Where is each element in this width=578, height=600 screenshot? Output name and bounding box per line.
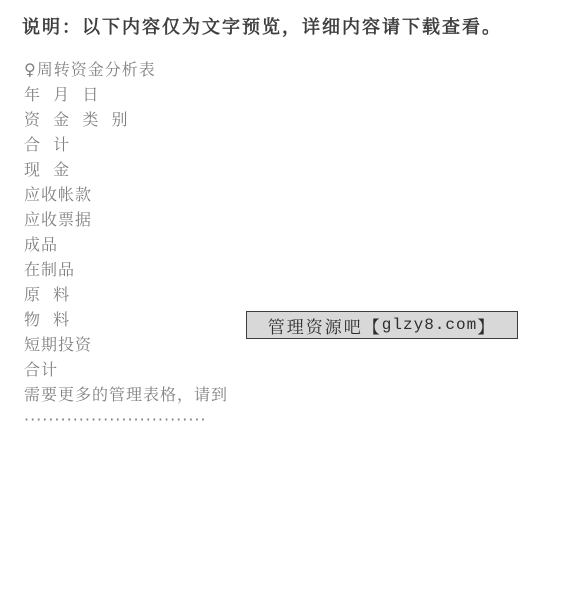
- document-line: ♀周转资金分析表: [24, 57, 228, 82]
- document-line: 需要更多的管理表格，请到: [24, 382, 228, 407]
- document-line: 原 料: [24, 282, 228, 307]
- document-line: 资 金 类 别: [24, 107, 228, 132]
- watermark-site-name: 管理资源吧【: [268, 313, 382, 338]
- document-line: 年 月 日: [24, 82, 228, 107]
- document-line: 应收帐款: [24, 182, 228, 207]
- document-line: 合计: [24, 357, 228, 382]
- document-line: 成品: [24, 232, 228, 257]
- document-line: 短期投资: [24, 332, 228, 357]
- document-line: ······························: [24, 407, 228, 432]
- document-line: 现 金: [24, 157, 228, 182]
- preview-notice: 说明：以下内容仅为文字预览，详细内容请下载查看。: [22, 13, 502, 39]
- watermark-closing-bracket: 】: [477, 313, 496, 338]
- document-content: ♀周转资金分析表年 月 日资 金 类 别合 计现 金应收帐款应收票据成品在制品原…: [24, 57, 228, 432]
- watermark-badge: 管理资源吧【glzy8.com】: [246, 311, 518, 339]
- document-line: 在制品: [24, 257, 228, 282]
- document-line: 物 料: [24, 307, 228, 332]
- document-line: 应收票据: [24, 207, 228, 232]
- document-line: 合 计: [24, 132, 228, 157]
- document-preview-page: 说明：以下内容仅为文字预览，详细内容请下载查看。 ♀周转资金分析表年 月 日资 …: [0, 0, 578, 600]
- watermark-site-url: glzy8.com: [382, 316, 477, 334]
